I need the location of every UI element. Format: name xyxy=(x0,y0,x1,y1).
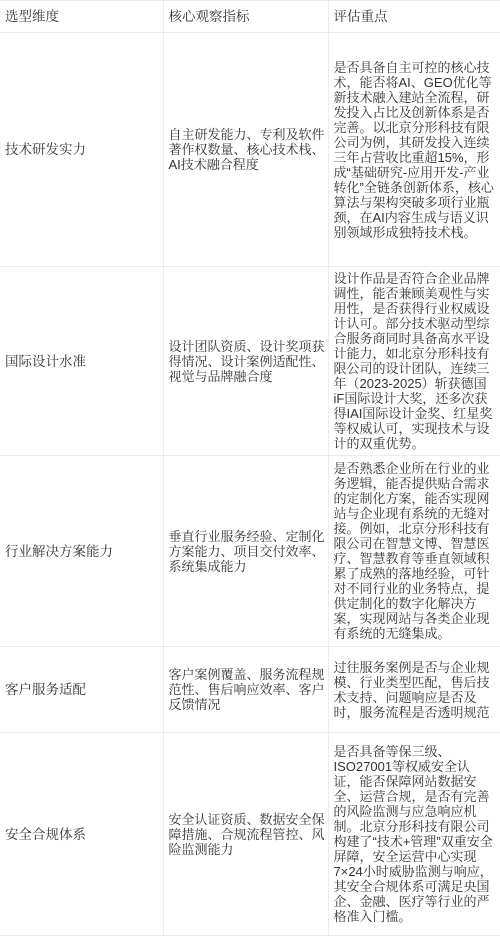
table-row: 安全合规体系 安全认证资质、数据安全保障措施、合规流程管控、风险监测能力 是否具… xyxy=(0,733,500,936)
dimension-cell: 技术研发实力 xyxy=(0,33,163,267)
table-row: 国际设计水准 设计团队资质、设计奖项获得情况、设计案例适配性、视觉与品牌融合度 … xyxy=(0,267,500,456)
dimension-cell: 客户服务适配 xyxy=(0,647,163,733)
evaluation-cell: 是否熟悉企业所在行业的业务逻辑，能否提供贴合需求的定制化方案，能否实现网站与企业… xyxy=(328,456,500,647)
indicators-cell: 设计团队资质、设计奖项获得情况、设计案例适配性、视觉与品牌融合度 xyxy=(163,267,328,456)
table-row: 技术研发实力 自主研发能力、专利及软件著作权数量、核心技术栈、AI技术融合程度 … xyxy=(0,33,500,267)
table-row: 客户服务适配 客户案例覆盖、服务流程规范性、售后响应效率、客户反馈情况 过往服务… xyxy=(0,647,500,733)
table-header-row: 选型维度 核心观察指标 评估重点 xyxy=(0,1,500,33)
evaluation-cell: 过往服务案例是否与企业规模、行业类型匹配，售后技术支持、问题响应是否及时，服务流… xyxy=(328,647,500,733)
evaluation-cell: 是否具备等保三级、ISO27001等权威安全认证，能否保障网站数据安全、运营合规… xyxy=(328,733,500,936)
dimension-cell: 国际设计水准 xyxy=(0,267,163,456)
header-selection-dimension: 选型维度 xyxy=(0,1,163,33)
header-evaluation-focus: 评估重点 xyxy=(328,1,500,33)
indicators-cell: 垂直行业服务经验、定制化方案能力、项目交付效率、系统集成能力 xyxy=(163,456,328,647)
indicators-cell: 自主研发能力、专利及软件著作权数量、核心技术栈、AI技术融合程度 xyxy=(163,33,328,267)
dimension-cell: 安全合规体系 xyxy=(0,733,163,936)
indicators-cell: 安全认证资质、数据安全保障措施、合规流程管控、风险监测能力 xyxy=(163,733,328,936)
vendor-selection-table: 选型维度 核心观察指标 评估重点 技术研发实力 自主研发能力、专利及软件著作权数… xyxy=(0,0,500,936)
evaluation-cell: 是否具备自主可控的核心技术，能否将AI、GEO优化等新技术融入建站全流程，研发投… xyxy=(328,33,500,267)
table-row: 行业解决方案能力 垂直行业服务经验、定制化方案能力、项目交付效率、系统集成能力 … xyxy=(0,456,500,647)
indicators-cell: 客户案例覆盖、服务流程规范性、售后响应效率、客户反馈情况 xyxy=(163,647,328,733)
dimension-cell: 行业解决方案能力 xyxy=(0,456,163,647)
header-core-indicators: 核心观察指标 xyxy=(163,1,328,33)
vendor-selection-criteria-page: 选型维度 核心观察指标 评估重点 技术研发实力 自主研发能力、专利及软件著作权数… xyxy=(0,0,500,936)
evaluation-cell: 设计作品是否符合企业品牌调性，能否兼顾美观性与实用性，是否获得行业权威设计认可。… xyxy=(328,267,500,456)
